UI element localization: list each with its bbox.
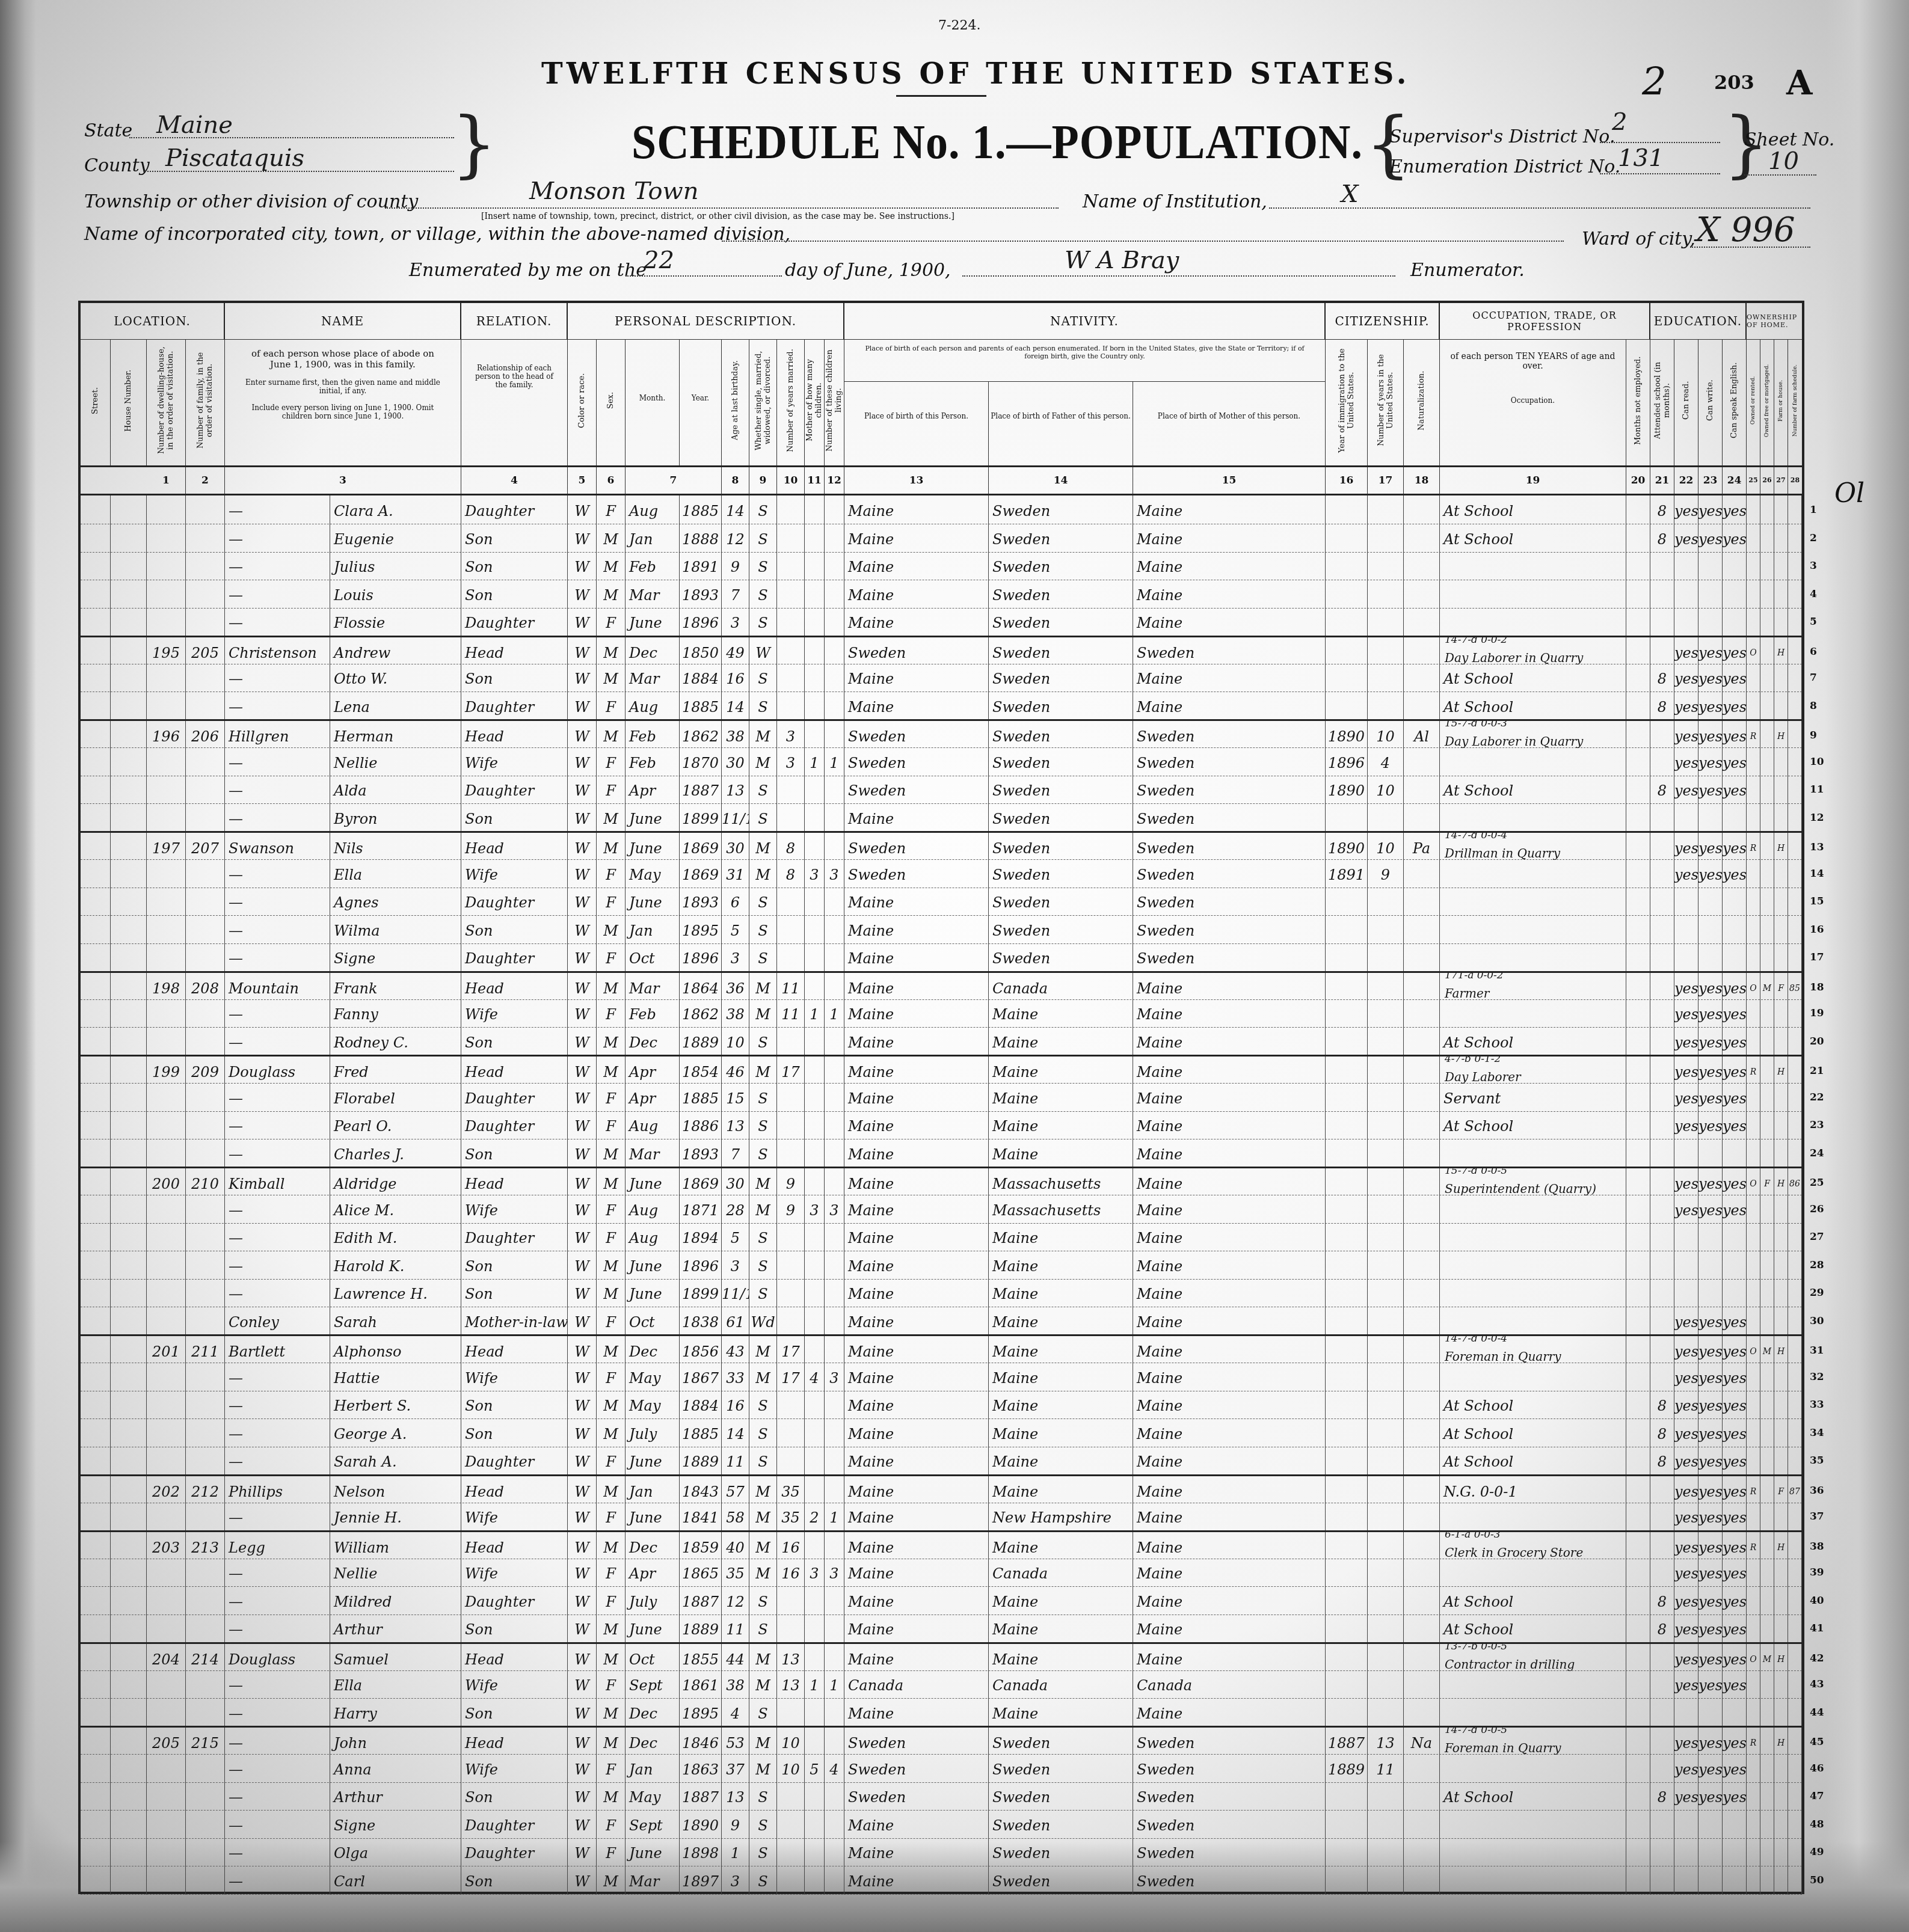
empty-cell (111, 1195, 147, 1224)
cell-living: 4 (825, 1754, 844, 1783)
cell-dwelling (147, 1195, 186, 1224)
cell-not-emp (1626, 1056, 1650, 1085)
cell-family: 207 (186, 833, 225, 862)
cell-read (1674, 943, 1698, 972)
cell-english: yes (1723, 1728, 1747, 1756)
cell-surname: — (225, 1728, 330, 1756)
cell-english: yes (1723, 663, 1747, 692)
cell-given: Ella (330, 1670, 461, 1699)
cell-write (1698, 607, 1723, 636)
cell-year: 1841 (680, 1502, 722, 1531)
cell-read: yes (1674, 775, 1698, 804)
cell-yrs-us (1368, 692, 1404, 720)
cell-farm: H (1774, 1728, 1788, 1756)
cell-yrs-married (777, 1614, 805, 1643)
cell-nat (1404, 692, 1440, 720)
cell-color: W (568, 1586, 597, 1615)
cell-english (1723, 1278, 1747, 1307)
cell-write (1698, 1251, 1723, 1280)
cell-read (1674, 551, 1698, 580)
cell-dwelling: 204 (147, 1644, 186, 1673)
cell-surname: Bartlett (225, 1336, 330, 1365)
cell-relation: Daughter (461, 495, 568, 524)
cell-yrs-us (1368, 580, 1404, 609)
cell-surname: Kimball (225, 1168, 330, 1197)
cell-living (825, 580, 844, 609)
enumeration-label: Enumeration District No. (1389, 156, 1620, 177)
cell-birth-father: Sweden (989, 580, 1133, 609)
cell-surname: — (225, 495, 330, 524)
cell-mother-of: 1 (805, 1670, 825, 1699)
cell-birth-mother: Maine (1133, 1307, 1326, 1336)
cell-immig (1326, 1056, 1368, 1085)
cell-dwelling (147, 1558, 186, 1587)
cell-color: W (568, 1056, 597, 1085)
cell-age: 16 (722, 663, 749, 692)
cell-write: yes (1698, 1644, 1723, 1673)
cell-marital: S (749, 1111, 777, 1139)
supervisor-value: 2 (1612, 108, 1627, 136)
cell-living (825, 1782, 844, 1811)
cell-age: 46 (722, 1056, 749, 1085)
line-number: 44 (1810, 1698, 1824, 1727)
cell-not-emp (1626, 1390, 1650, 1419)
cell-occupation: 14-7-d 0-0-2Day Laborer in Quarry (1440, 637, 1626, 666)
cell-surname: — (225, 1502, 330, 1531)
cell-write: yes (1698, 1502, 1723, 1531)
cell-given: John (330, 1728, 461, 1756)
cell-mother-of (805, 1307, 825, 1336)
cell-yrs-us: 4 (1368, 747, 1404, 776)
cell-month: May (626, 859, 680, 888)
col-num: 13 (844, 467, 989, 494)
cell-school: 8 (1650, 495, 1674, 524)
cell-sex: F (597, 1754, 626, 1783)
cell-yrs-married (777, 524, 805, 553)
cell-birth-mother: Maine (1133, 1558, 1326, 1587)
cell-mother-of (805, 637, 825, 666)
cell-living (825, 721, 844, 750)
cell-color: W (568, 1614, 597, 1643)
cell-birth-father: Sweden (989, 747, 1133, 776)
occupation-text: At School (1443, 1034, 1513, 1051)
table-row: —FlossieDaughterWFJune18963SMaineSwedenM… (81, 607, 1802, 636)
cell-birth-father: Sweden (989, 1782, 1133, 1811)
cell-relation: Mother-in-law (461, 1307, 568, 1336)
empty-cell (81, 1251, 111, 1280)
cell-mother-of (805, 1866, 825, 1895)
empty-cell (111, 1586, 147, 1615)
cell-given: Carl (330, 1866, 461, 1895)
cell-birth-self: Maine (844, 1866, 989, 1895)
cell-living (825, 524, 844, 553)
cell-marital: S (749, 1614, 777, 1643)
cell-english: yes (1723, 1502, 1747, 1531)
cell-yrs-married: 9 (777, 1195, 805, 1224)
cell-school (1650, 1083, 1674, 1112)
cell-birth-father: Maine (989, 1139, 1133, 1168)
cell-given: Sarah A. (330, 1446, 461, 1475)
cell-own (1747, 999, 1760, 1028)
cell-family (186, 775, 225, 804)
table-row: —MildredDaughterWFJuly188712SMaineMaineM… (81, 1586, 1802, 1615)
table-row: —Pearl O.DaughterWFAug188613SMaineMaineM… (81, 1111, 1802, 1139)
empty-cell (81, 775, 111, 804)
cell-dwelling: 205 (147, 1728, 186, 1756)
cell-given: Rodney C. (330, 1027, 461, 1056)
cell-surname: Conley (225, 1307, 330, 1336)
cell-sched (1788, 580, 1802, 609)
line-number: 37 (1810, 1502, 1824, 1531)
cell-birth-father: Maine (989, 1222, 1133, 1251)
cell-nat (1404, 1056, 1440, 1085)
line-number: 50 (1810, 1866, 1824, 1895)
cell-farm (1774, 1810, 1788, 1839)
cell-not-emp (1626, 803, 1650, 832)
cell-occupation: 4-7-b 0-1-2Day Laborer (1440, 1056, 1626, 1085)
cell-own (1747, 1390, 1760, 1419)
cell-given: Charles J. (330, 1139, 461, 1168)
cell-sched (1788, 551, 1802, 580)
cell-immig (1326, 1027, 1368, 1056)
cell-color: W (568, 524, 597, 553)
cell-birth-self: Maine (844, 551, 989, 580)
cell-age: 30 (722, 833, 749, 862)
cell-age: 5 (722, 915, 749, 944)
cell-english: yes (1723, 1670, 1747, 1699)
cell-sched (1788, 1222, 1802, 1251)
table-row: —ArthurSonWMMay188713SSwedenSwedenSweden… (81, 1782, 1802, 1811)
empty-cell (81, 1390, 111, 1419)
cell-school (1650, 1111, 1674, 1139)
cell-sex: F (597, 943, 626, 972)
occupation-text: N.G. 0-0-1 (1443, 1483, 1517, 1500)
col-attended-school: Attended school (in months). (1650, 339, 1674, 465)
occupation-text: At School (1443, 670, 1513, 687)
cell-yrs-us (1368, 1083, 1404, 1112)
cell-own (1747, 1363, 1760, 1391)
cell-year: 1869 (680, 833, 722, 862)
cell-sex: F (597, 1446, 626, 1475)
cell-age: 13 (722, 1111, 749, 1139)
cell-month: June (626, 1168, 680, 1197)
cell-birth-self: Maine (844, 1558, 989, 1587)
cell-relation: Daughter (461, 1222, 568, 1251)
cell-free (1760, 637, 1774, 666)
cell-yrs-us (1368, 524, 1404, 553)
cell-farm: H (1774, 1168, 1788, 1197)
cell-living (825, 1586, 844, 1615)
cell-marital: S (749, 803, 777, 832)
cell-month: Sept (626, 1670, 680, 1699)
cell-relation: Daughter (461, 1586, 568, 1615)
cell-yrs-married (777, 1698, 805, 1727)
ward-line (1690, 247, 1810, 248)
cell-mother-of (805, 1446, 825, 1475)
cell-marital: W (749, 637, 777, 666)
cell-dwelling (147, 1027, 186, 1056)
table-row: 205215—JohnHeadWMDec184653M10SwedenSwede… (81, 1726, 1802, 1755)
cell-month: Feb (626, 747, 680, 776)
cell-yrs-married: 13 (777, 1644, 805, 1673)
cell-family (186, 692, 225, 720)
empty-cell (81, 999, 111, 1028)
cell-yrs-us (1368, 1336, 1404, 1365)
cell-age: 11 (722, 1446, 749, 1475)
cell-dwelling (147, 1139, 186, 1168)
cell-own (1747, 943, 1760, 972)
cell-yrs-married: 17 (777, 1336, 805, 1365)
cell-birth-father: Massachusetts (989, 1195, 1133, 1224)
table-row: —Edith M.DaughterWFAug18945SMaineMaineMa… (81, 1222, 1802, 1251)
cell-age: 13 (722, 1782, 749, 1811)
cell-age: 3 (722, 1251, 749, 1280)
cell-school (1650, 1222, 1674, 1251)
cell-relation: Head (461, 973, 568, 1002)
cell-relation: Son (461, 663, 568, 692)
cell-relation: Son (461, 1278, 568, 1307)
cell-yrs-married: 13 (777, 1670, 805, 1699)
cell-year: 1885 (680, 1083, 722, 1112)
cell-english: yes (1723, 1558, 1747, 1587)
county-value: Piscataquis (165, 144, 304, 172)
cell-nat (1404, 1446, 1440, 1475)
cell-mother-of: 4 (805, 1363, 825, 1391)
cell-english: yes (1723, 747, 1747, 776)
col-num: 3 (225, 467, 461, 494)
cell-immig (1326, 1390, 1368, 1419)
cell-mother-of (805, 1222, 825, 1251)
cell-marital: M (749, 973, 777, 1002)
empty-cell (111, 692, 147, 720)
cell-month: Mar (626, 663, 680, 692)
cell-surname: — (225, 1838, 330, 1866)
empty-cell (81, 1532, 111, 1561)
cell-birth-self: Maine (844, 915, 989, 944)
line-number: 45 (1810, 1728, 1824, 1756)
cell-relation: Daughter (461, 1838, 568, 1866)
cell-farm: H (1774, 721, 1788, 750)
cell-write: yes (1698, 1168, 1723, 1197)
cell-english (1723, 1139, 1747, 1168)
cell-read: yes (1674, 1168, 1698, 1197)
cell-free (1760, 1111, 1774, 1139)
occupation-text: Clerk in Grocery Store (1445, 1545, 1583, 1560)
empty-cell (81, 915, 111, 944)
cell-english (1723, 803, 1747, 832)
cell-write: yes (1698, 1476, 1723, 1505)
cell-own: R (1747, 1476, 1760, 1505)
cell-birth-self: Maine (844, 1027, 989, 1056)
cell-birth-father: Sweden (989, 637, 1133, 666)
cell-family: 212 (186, 1476, 225, 1505)
occupation-code: 171-a 0-0-2 (1445, 973, 1504, 981)
cell-age: 10 (722, 1027, 749, 1056)
cell-given: Ella (330, 859, 461, 888)
col-name: of each person whose place of abode on J… (225, 339, 461, 465)
cell-farm (1774, 747, 1788, 776)
cell-relation: Head (461, 637, 568, 666)
cell-sched (1788, 1278, 1802, 1307)
cell-surname: — (225, 1278, 330, 1307)
cell-marital: Wd (749, 1307, 777, 1336)
col-can-write: Can write. (1698, 339, 1723, 465)
cell-yrs-married (777, 1278, 805, 1307)
cell-yrs-married: 11 (777, 973, 805, 1002)
cell-dwelling (147, 1418, 186, 1447)
cell-own (1747, 580, 1760, 609)
col-immigration: Year of immigration to the United States… (1326, 339, 1368, 465)
cell-read: yes (1674, 1670, 1698, 1699)
cell-occupation: 14-7-d 0-0-4Foreman in Quarry (1440, 1336, 1626, 1365)
col-num: 8 (722, 467, 749, 494)
line-number: 1 (1810, 495, 1817, 524)
cell-birth-mother: Maine (1133, 1644, 1326, 1673)
cell-english: yes (1723, 1111, 1747, 1139)
cell-nat (1404, 803, 1440, 832)
cell-farm (1774, 551, 1788, 580)
cell-school (1650, 607, 1674, 636)
cell-given: Anna (330, 1754, 461, 1783)
cell-read: yes (1674, 1558, 1698, 1587)
occupation-code: 6-1-a 0-0-3 (1445, 1532, 1501, 1541)
cell-relation: Wife (461, 1558, 568, 1587)
col-num: 15 (1133, 467, 1326, 494)
cell-birth-self: Sweden (844, 775, 989, 804)
col-can-speak-english: Can speak English. (1723, 339, 1747, 465)
cell-own (1747, 1195, 1760, 1224)
cell-farm (1774, 1502, 1788, 1531)
cell-read: yes (1674, 1728, 1698, 1756)
cell-write: yes (1698, 775, 1723, 804)
cell-nat (1404, 524, 1440, 553)
cell-living (825, 915, 844, 944)
cell-birth-father: Maine (989, 1418, 1133, 1447)
cell-year: 1897 (680, 1866, 722, 1895)
cell-school (1650, 1866, 1674, 1895)
cell-month: Aug (626, 495, 680, 524)
county-label: County (84, 155, 150, 176)
cell-school (1650, 1168, 1674, 1197)
cell-farm (1774, 607, 1788, 636)
empty-cell (111, 524, 147, 553)
cell-yrs-married: 16 (777, 1558, 805, 1587)
empty-cell (111, 721, 147, 750)
cell-living: 1 (825, 999, 844, 1028)
cell-own (1747, 607, 1760, 636)
cell-free (1760, 1558, 1774, 1587)
cell-family (186, 1251, 225, 1280)
cell-age: 37 (722, 1754, 749, 1783)
cell-birth-self: Sweden (844, 1728, 989, 1756)
cell-english: yes (1723, 1586, 1747, 1615)
table-row: 202212PhillipsNelsonHeadWMJan184357M35Ma… (81, 1474, 1802, 1503)
cell-free (1760, 1251, 1774, 1280)
cell-nat (1404, 1838, 1440, 1866)
cell-farm (1774, 775, 1788, 804)
cell-birth-mother: Sweden (1133, 1866, 1326, 1895)
line-number: 22 (1810, 1083, 1824, 1112)
cell-nat (1404, 1083, 1440, 1112)
cell-immig (1326, 1644, 1368, 1673)
cell-sex: M (597, 1027, 626, 1056)
cell-month: July (626, 1586, 680, 1615)
line-number: 2 (1810, 524, 1817, 553)
cell-relation: Head (461, 833, 568, 862)
cell-mother-of (805, 1644, 825, 1673)
cell-mother-of: 5 (805, 1754, 825, 1783)
table-row: 195205ChristensonAndrewHeadWMDec185049WS… (81, 636, 1802, 664)
cell-year: 1855 (680, 1644, 722, 1673)
cell-immig (1326, 1502, 1368, 1531)
line-number: 7 (1810, 663, 1817, 692)
cell-yrs-married: 35 (777, 1476, 805, 1505)
cell-birth-father: Maine (989, 1278, 1133, 1307)
cell-birth-father: Massachusetts (989, 1168, 1133, 1197)
cell-living (825, 1336, 844, 1365)
cell-month: Oct (626, 1307, 680, 1336)
cell-immig (1326, 663, 1368, 692)
cell-color: W (568, 1195, 597, 1224)
cell-living (825, 551, 844, 580)
cell-occupation (1440, 1754, 1626, 1783)
cell-occupation (1440, 999, 1626, 1028)
cell-surname: Swanson (225, 833, 330, 862)
table-row: 199209DouglassFredHeadWMApr185446M17Main… (81, 1055, 1802, 1084)
cell-birth-self: Maine (844, 1614, 989, 1643)
cell-yrs-married: 16 (777, 1532, 805, 1561)
empty-cell (81, 887, 111, 916)
cell-school: 8 (1650, 775, 1674, 804)
cell-yrs-us (1368, 1027, 1404, 1056)
cell-birth-father: Sweden (989, 692, 1133, 720)
cell-color: W (568, 551, 597, 580)
cell-farm: F (1774, 1476, 1788, 1505)
cell-yrs-us (1368, 1698, 1404, 1727)
cell-year: 1869 (680, 1168, 722, 1197)
cell-birth-self: Sweden (844, 1782, 989, 1811)
cell-not-emp (1626, 887, 1650, 916)
cell-nat (1404, 637, 1440, 666)
cell-age: 5 (722, 1222, 749, 1251)
cell-immig (1326, 1838, 1368, 1866)
cell-color: W (568, 833, 597, 862)
cell-own (1747, 887, 1760, 916)
cell-year: 1889 (680, 1614, 722, 1643)
table-row: —Harold K.SonWMJune18963SMaineMaineMaine… (81, 1251, 1802, 1280)
cell-write: yes (1698, 1670, 1723, 1699)
cell-yrs-married (777, 943, 805, 972)
cell-own (1747, 1418, 1760, 1447)
cell-english: yes (1723, 1336, 1747, 1365)
cell-sex: F (597, 1222, 626, 1251)
cell-own (1747, 775, 1760, 804)
cell-color: W (568, 1307, 597, 1336)
cell-yrs-married (777, 1222, 805, 1251)
line-number: 25 (1810, 1168, 1824, 1197)
cell-year: 1884 (680, 663, 722, 692)
cell-english (1723, 551, 1747, 580)
cell-sched (1788, 1363, 1802, 1391)
cell-birth-mother: Maine (1133, 1251, 1326, 1280)
cell-school (1650, 1307, 1674, 1336)
cell-sched (1788, 1251, 1802, 1280)
cell-read (1674, 887, 1698, 916)
cell-yrs-married (777, 1083, 805, 1112)
cell-own (1747, 1670, 1760, 1699)
cell-school (1650, 637, 1674, 666)
cell-yrs-us (1368, 1307, 1404, 1336)
